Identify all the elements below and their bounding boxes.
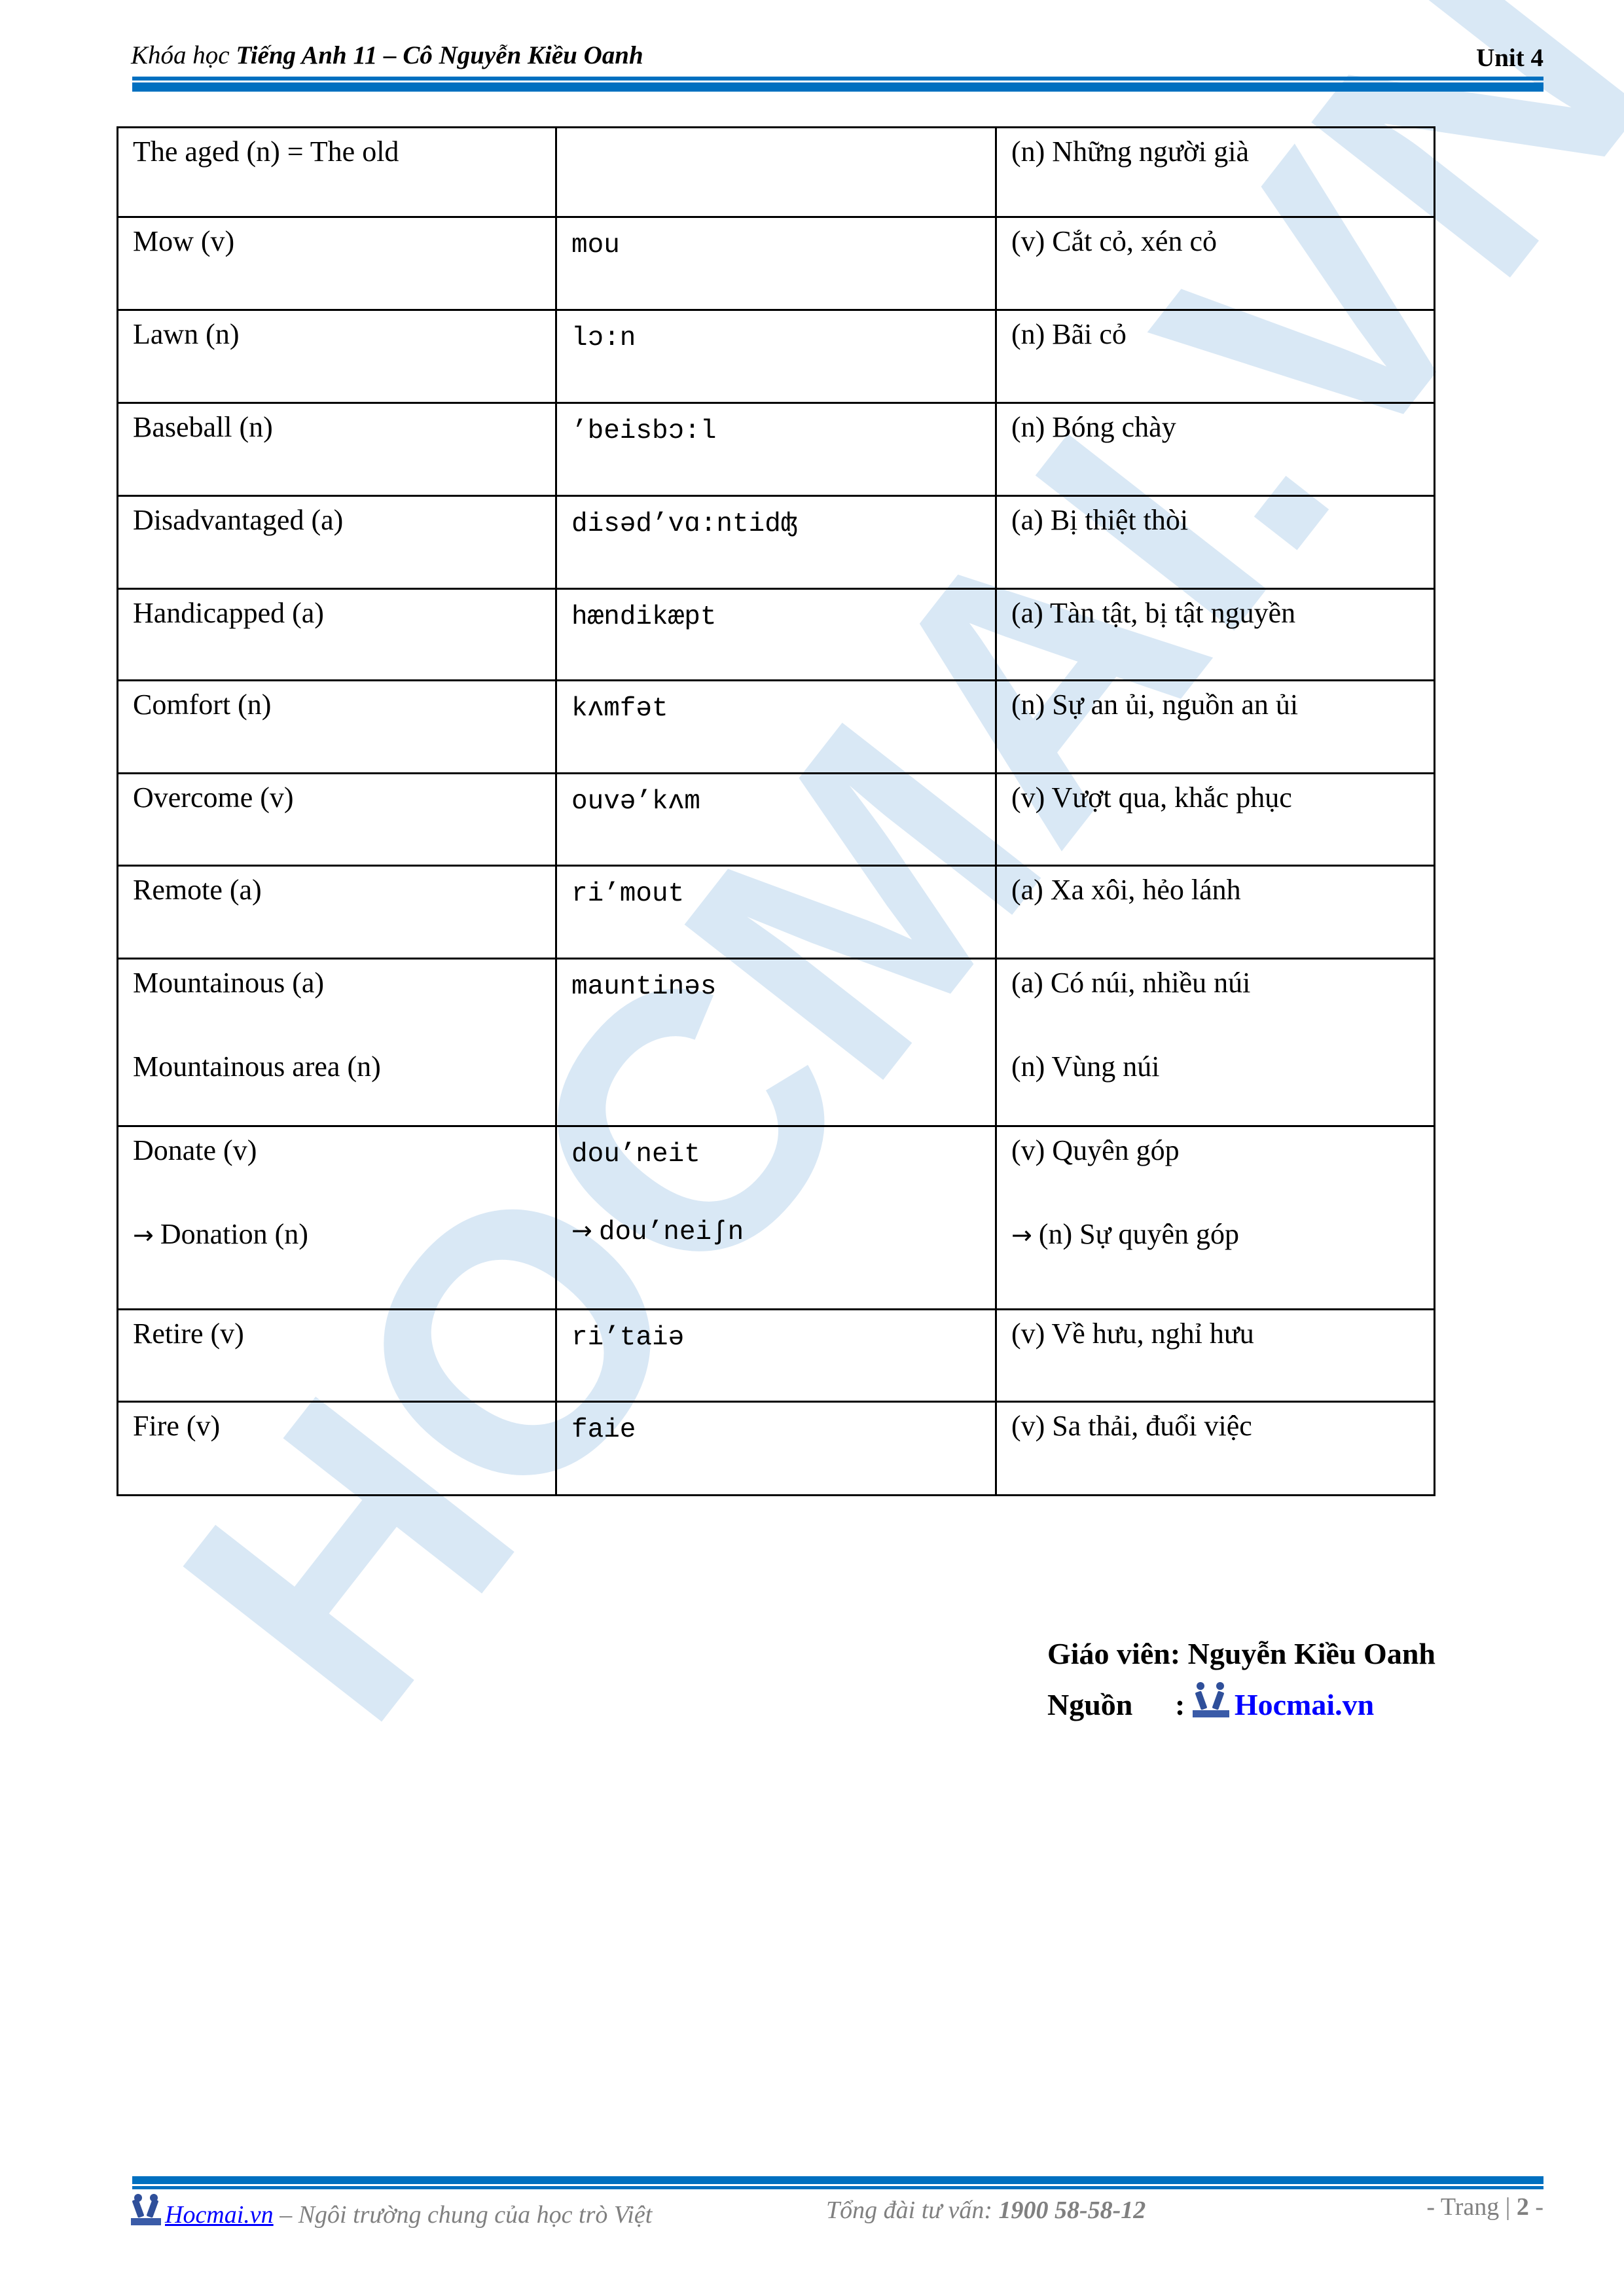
ipa-cell: ri’taiə — [556, 1310, 996, 1402]
word-value: Donation (n) — [160, 1218, 308, 1250]
arrow-right-icon: → — [133, 1221, 154, 1249]
teacher-line: Giáo viên: Nguyễn Kiều Oanh — [1047, 1628, 1435, 1679]
ipa-value: kʌmfət — [571, 694, 668, 724]
header-rule-thin — [132, 77, 1543, 81]
word-cell: The aged (n) = The old — [118, 128, 556, 217]
meaning-text: (a) Tàn tật, bị tật nguyền — [1011, 590, 1419, 628]
word-value: Lawn (n) — [133, 318, 240, 350]
ipa-cell: ouvə’kʌm — [556, 774, 996, 866]
ipa-value: disəd’vɑ:ntidʤ — [571, 509, 797, 539]
ipa-cell: kʌmfət — [556, 681, 996, 774]
word-text: Mountainous area (n) — [133, 997, 541, 1081]
meaning-cell: (v) Cắt cỏ, xén cỏ — [996, 217, 1435, 310]
vocab-row: Baseball (n)’beisbɔ:l(n) Bóng chày — [118, 403, 1435, 496]
ipa-value: ouvə’kʌm — [571, 787, 700, 817]
word-text: Lawn (n) — [133, 311, 541, 349]
source-separator: : — [1175, 1688, 1185, 1721]
course-prefix: Khóa học — [131, 41, 230, 69]
teacher-label: Giáo viên: — [1047, 1637, 1180, 1670]
ipa-cell: faie — [556, 1402, 996, 1496]
meaning-value: (n) Vùng núi — [1011, 1050, 1160, 1083]
teacher-name: Nguyễn Kiều Oanh — [1188, 1637, 1435, 1670]
source-label: Nguồn — [1047, 1679, 1175, 1731]
meaning-text: (a) Có núi, nhiều núi — [1011, 960, 1419, 997]
ipa-value: lɔ:n — [571, 323, 636, 353]
word-value: Disadvantaged (a) — [133, 504, 343, 536]
footer-rule-thick — [132, 2176, 1543, 2184]
meaning-value: (a) Xa xôi, hẻo lánh — [1011, 874, 1241, 906]
word-value: Donate (v) — [133, 1134, 257, 1166]
vocab-row: Lawn (n)lɔ:n(n) Bãi cỏ — [118, 310, 1435, 403]
word-value: Mountainous (a) — [133, 967, 324, 999]
footer-rule-thin — [132, 2186, 1543, 2189]
meaning-cell: (n) Bãi cỏ — [996, 310, 1435, 403]
vocab-row: Overcome (v)ouvə’kʌm(v) Vượt qua, khắc p… — [118, 774, 1435, 866]
meaning-text: (n) Bóng chày — [1011, 404, 1419, 442]
meaning-value: (v) Sa thải, đuổi việc — [1011, 1410, 1252, 1442]
ipa-value: ri’taiə — [571, 1323, 684, 1353]
ipa-text: disəd’vɑ:ntidʤ — [571, 497, 981, 538]
ipa-cell: dou’neit→dou’neiʃn — [556, 1126, 996, 1310]
ipa-value: dou’neiʃn — [599, 1217, 744, 1247]
ipa-text: faie — [571, 1403, 981, 1444]
word-text: →Donation (n) — [133, 1165, 541, 1249]
meaning-text: (v) Quyên góp — [1011, 1127, 1419, 1165]
vocab-row: Retire (v)ri’taiə(v) Về hưu, nghỉ hưu — [118, 1310, 1435, 1402]
ipa-cell: disəd’vɑ:ntidʤ — [556, 496, 996, 589]
word-value: Retire (v) — [133, 1318, 244, 1350]
word-value: Overcome (v) — [133, 781, 294, 814]
ipa-cell: ri’mout — [556, 866, 996, 959]
meaning-text: (v) Sa thải, đuổi việc — [1011, 1403, 1419, 1441]
footer-hotline: Tổng đài tư vấn: 1900 58-58-12 — [826, 2196, 1146, 2225]
word-cell: Comfort (n) — [118, 681, 556, 774]
word-value: Handicapped (a) — [133, 597, 324, 629]
source-line: Nguồn: Hocmai.vn — [1047, 1679, 1435, 1731]
meaning-cell: (v) Quyên góp→(n) Sự quyên góp — [996, 1126, 1435, 1310]
word-cell: Handicapped (a) — [118, 589, 556, 681]
ipa-text: kʌmfət — [571, 681, 981, 723]
hocmai-logo-icon — [1193, 1681, 1229, 1717]
ipa-value: hændikæpt — [571, 602, 716, 632]
word-value: Remote (a) — [133, 874, 262, 906]
word-cell: Disadvantaged (a) — [118, 496, 556, 589]
page-number: - Trang | 2 - — [1426, 2193, 1543, 2221]
word-text: Mow (v) — [133, 218, 541, 256]
meaning-cell: (v) Về hưu, nghỉ hưu — [996, 1310, 1435, 1402]
header-rule-thick — [132, 82, 1543, 92]
ipa-value: ri’mout — [571, 879, 684, 909]
meaning-value: (a) Bị thiệt thòi — [1011, 504, 1188, 536]
vocab-row: Handicapped (a)hændikæpt(a) Tàn tật, bị … — [118, 589, 1435, 681]
hotline-number: 1900 58-58-12 — [999, 2197, 1146, 2224]
word-value: Comfort (n) — [133, 689, 271, 721]
ipa-text: ri’mout — [571, 867, 981, 908]
word-value: Mow (v) — [133, 225, 234, 257]
arrow-right-icon: → — [1011, 1221, 1032, 1249]
word-value: Baseball (n) — [133, 411, 273, 443]
meaning-value: (n) Sự an ủi, nguồn an ủi — [1011, 689, 1298, 721]
page-suffix: - — [1529, 2193, 1543, 2221]
meaning-text: (n) Vùng núi — [1011, 997, 1419, 1081]
word-text: Mountainous (a) — [133, 960, 541, 997]
hotline-label: Tổng đài tư vấn: — [826, 2197, 999, 2224]
meaning-text: (v) Vượt qua, khắc phục — [1011, 774, 1419, 812]
vocab-row: Donate (v)→Donation (n)dou’neit→dou’neiʃ… — [118, 1126, 1435, 1310]
meaning-value: (a) Tàn tật, bị tật nguyền — [1011, 597, 1295, 629]
word-cell: Mow (v) — [118, 217, 556, 310]
source-site-link[interactable]: Hocmai.vn — [1235, 1688, 1374, 1721]
course-title: Tiếng Anh 11 – Cô Nguyễn Kiều Oanh — [236, 41, 643, 69]
vocab-row: Remote (a)ri’mout(a) Xa xôi, hẻo lánh — [118, 866, 1435, 959]
word-cell: Lawn (n) — [118, 310, 556, 403]
ipa-text: dou’neit — [571, 1127, 981, 1168]
meaning-value: (v) Về hưu, nghỉ hưu — [1011, 1318, 1254, 1350]
word-text: Overcome (v) — [133, 774, 541, 812]
word-text: The aged (n) = The old — [133, 128, 541, 166]
word-value: The aged (n) = The old — [133, 135, 399, 168]
hocmai-footer-logo-icon — [131, 2194, 161, 2225]
word-cell: Overcome (v) — [118, 774, 556, 866]
meaning-value: (a) Có núi, nhiều núi — [1011, 967, 1250, 999]
ipa-text: mou — [571, 218, 981, 259]
page-number-value: 2 — [1517, 2193, 1529, 2221]
meaning-cell: (n) Bóng chày — [996, 403, 1435, 496]
meaning-text: (v) Cắt cỏ, xén cỏ — [1011, 218, 1419, 256]
ipa-value: ’beisbɔ:l — [571, 416, 716, 446]
meaning-text: (n) Những người già — [1011, 128, 1419, 166]
meaning-cell: (a) Xa xôi, hẻo lánh — [996, 866, 1435, 959]
ipa-text: ri’taiə — [571, 1310, 981, 1352]
ipa-text — [571, 128, 981, 143]
unit-label: Unit 4 — [1476, 43, 1543, 73]
ipa-text: →dou’neiʃn — [571, 1168, 981, 1246]
meaning-value: (n) Những người già — [1011, 135, 1249, 168]
ipa-text: ’beisbɔ:l — [571, 404, 981, 445]
word-text: Handicapped (a) — [133, 590, 541, 628]
word-cell: Fire (v) — [118, 1402, 556, 1496]
meaning-cell: (n) Những người già — [996, 128, 1435, 217]
ipa-value: faie — [571, 1415, 636, 1445]
footer-brand: Hocmai.vn – Ngôi trường chung của học tr… — [131, 2194, 652, 2229]
meaning-text: (v) Về hưu, nghỉ hưu — [1011, 1310, 1419, 1348]
footer-tagline: – Ngôi trường chung của học trò Việt — [274, 2201, 653, 2229]
vocab-row: Mow (v)mou(v) Cắt cỏ, xén cỏ — [118, 217, 1435, 310]
meaning-cell: (v) Sa thải, đuổi việc — [996, 1402, 1435, 1496]
meaning-cell: (a) Bị thiệt thòi — [996, 496, 1435, 589]
meaning-value: (v) Quyên góp — [1011, 1134, 1180, 1166]
word-value: Fire (v) — [133, 1410, 220, 1442]
word-value: Mountainous area (n) — [133, 1050, 381, 1083]
ipa-cell: lɔ:n — [556, 310, 996, 403]
vocabulary-table: The aged (n) = The old(n) Những người gi… — [117, 126, 1435, 1496]
word-text: Donate (v) — [133, 1127, 541, 1165]
arrow-right-icon: → — [571, 1216, 592, 1245]
ipa-value: mauntinəs — [571, 972, 716, 1002]
meaning-cell: (n) Sự an ủi, nguồn an ủi — [996, 681, 1435, 774]
meaning-cell: (a) Tàn tật, bị tật nguyền — [996, 589, 1435, 681]
word-text: Fire (v) — [133, 1403, 541, 1441]
ipa-cell: ’beisbɔ:l — [556, 403, 996, 496]
page-prefix: - Trang | — [1426, 2193, 1516, 2221]
signature-block: Giáo viên: Nguyễn Kiều Oanh Nguồn: Hocma… — [1047, 1628, 1435, 1731]
vocab-row: Comfort (n)kʌmfət(n) Sự an ủi, nguồn an … — [118, 681, 1435, 774]
meaning-cell: (v) Vượt qua, khắc phục — [996, 774, 1435, 866]
vocab-row: The aged (n) = The old(n) Những người gi… — [118, 128, 1435, 217]
word-cell: Baseball (n) — [118, 403, 556, 496]
ipa-value: mou — [571, 230, 620, 260]
ipa-text: lɔ:n — [571, 311, 981, 352]
word-text: Retire (v) — [133, 1310, 541, 1348]
meaning-text: (a) Bị thiệt thòi — [1011, 497, 1419, 535]
meaning-value: (n) Sự quyên góp — [1039, 1218, 1239, 1250]
meaning-value: (v) Cắt cỏ, xén cỏ — [1011, 225, 1217, 257]
meaning-cell: (a) Có núi, nhiều núi(n) Vùng núi — [996, 959, 1435, 1126]
meaning-text: (a) Xa xôi, hẻo lánh — [1011, 867, 1419, 905]
vocab-row: Fire (v)faie(v) Sa thải, đuổi việc — [118, 1402, 1435, 1496]
word-cell: Retire (v) — [118, 1310, 556, 1402]
footer-site-link[interactable]: Hocmai.vn — [165, 2201, 274, 2229]
ipa-cell: hændikæpt — [556, 589, 996, 681]
ipa-text: ouvə’kʌm — [571, 774, 981, 816]
word-cell: Donate (v)→Donation (n) — [118, 1126, 556, 1310]
vocab-row: Mountainous (a)Mountainous area (n)maunt… — [118, 959, 1435, 1126]
meaning-value: (v) Vượt qua, khắc phục — [1011, 781, 1292, 814]
word-text: Remote (a) — [133, 867, 541, 905]
meaning-value: (n) Bãi cỏ — [1011, 318, 1127, 350]
ipa-value: dou’neit — [571, 1139, 700, 1170]
meaning-text: (n) Sự an ủi, nguồn an ủi — [1011, 681, 1419, 719]
word-text: Comfort (n) — [133, 681, 541, 719]
ipa-text: hændikæpt — [571, 590, 981, 631]
meaning-value: (n) Bóng chày — [1011, 411, 1176, 443]
word-cell: Mountainous (a)Mountainous area (n) — [118, 959, 556, 1126]
meaning-text: (n) Bãi cỏ — [1011, 311, 1419, 349]
ipa-text: mauntinəs — [571, 960, 981, 1001]
word-cell: Remote (a) — [118, 866, 556, 959]
ipa-cell: mou — [556, 217, 996, 310]
vocab-row: Disadvantaged (a)disəd’vɑ:ntidʤ(a) Bị th… — [118, 496, 1435, 589]
word-text: Disadvantaged (a) — [133, 497, 541, 535]
word-text: Baseball (n) — [133, 404, 541, 442]
course-header: Khóa học Tiếng Anh 11 – Cô Nguyễn Kiều O… — [131, 41, 643, 70]
meaning-text: →(n) Sự quyên góp — [1011, 1165, 1419, 1249]
ipa-cell: mauntinəs — [556, 959, 996, 1126]
ipa-cell — [556, 128, 996, 217]
